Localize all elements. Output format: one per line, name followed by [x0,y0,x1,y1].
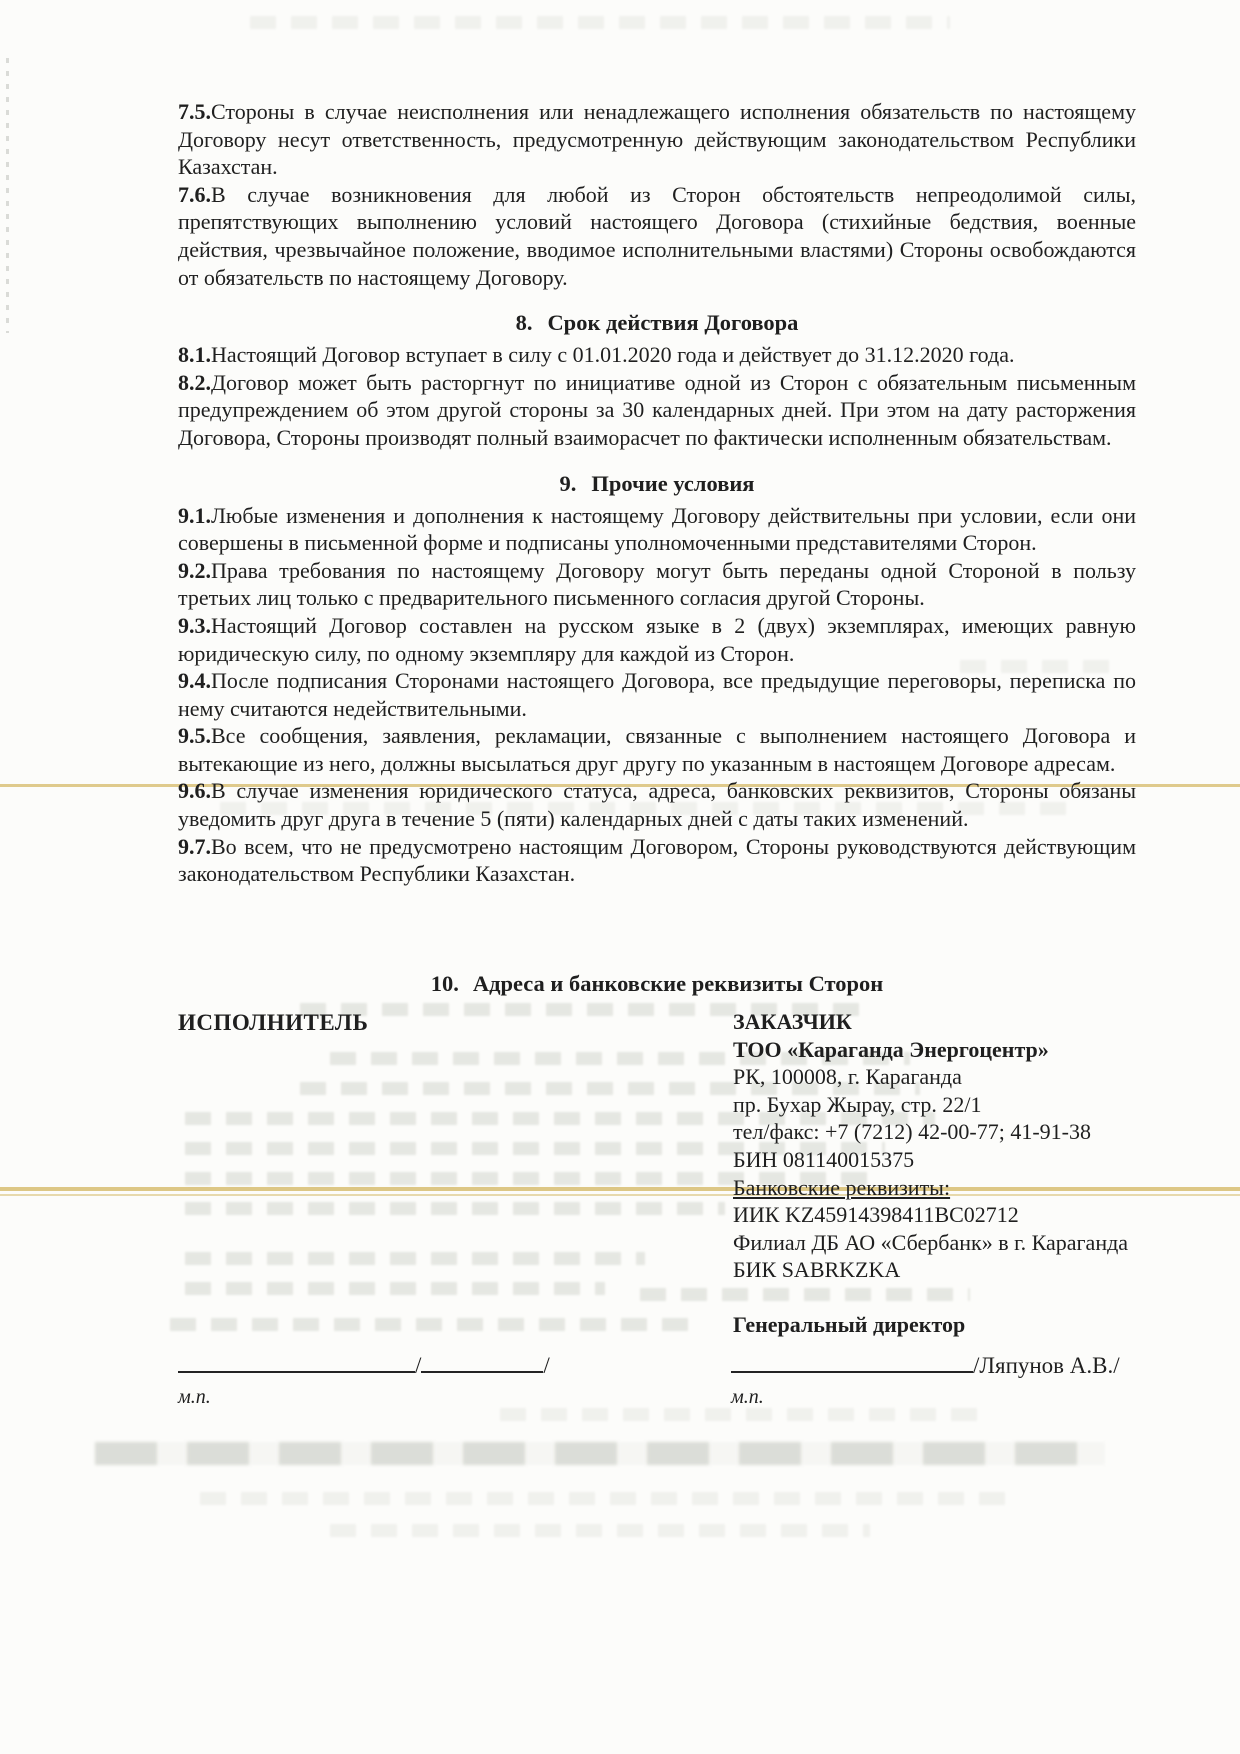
clause-text: Все сообщения, заявления, рекламации, св… [178,723,1136,776]
customer-bin: БИН 081140015375 [733,1146,1163,1174]
bleed-through-text [330,1524,870,1537]
clause-number: 8.2. [178,370,211,395]
clause-number: 7.6. [178,182,211,207]
stamp-placeholder: м.п. [178,1386,550,1409]
signature-line [178,1352,415,1373]
clause-text: Во всем, что не предусмотрено настоящим … [178,834,1136,887]
signature-line [421,1352,543,1373]
customer-address-line2: пр. Бухар Жырау, стр. 22/1 [733,1091,1163,1119]
bleed-through-text [170,1318,690,1331]
clause-number: 9.2. [178,558,211,583]
clause-9-4: 9.4.После подписания Сторонами настоящег… [178,667,1136,722]
bleed-through-text [185,1282,605,1295]
clause-text: В случае изменения юридического статуса,… [178,778,1136,831]
clause-text: В случае возникновения для любой из Стор… [178,182,1136,290]
clause-8-1: 8.1.Настоящий Договор вступает в силу с … [178,341,1136,369]
customer-phone: тел/факс: +7 (7212) 42-00-77; 41-91-38 [733,1118,1163,1146]
clause-9-1: 9.1.Любые изменения и дополнения к насто… [178,502,1136,557]
contract-body: 7.5.Стороны в случае неисполнения или не… [178,98,1136,888]
clause-number: 9.7. [178,834,211,859]
bleed-through-text [95,1442,1105,1465]
customer-company: ТОО «Караганда Энергоцентр» [733,1036,1163,1064]
customer-title: ЗАКАЗЧИК [733,1008,1163,1036]
signature-slash: / [543,1353,549,1378]
clause-number: 8.1. [178,342,211,367]
scanned-contract-page: 7.5.Стороны в случае неисполнения или не… [0,0,1240,1754]
executor-title: ИСПОЛНИТЕЛЬ [178,1010,368,1036]
section-number: 10. [431,971,459,996]
section-number: 8. [516,310,533,335]
clause-9-3: 9.3.Настоящий Договор составлен на русск… [178,612,1136,667]
director-signature-name: /Ляпунов А.В./ [973,1353,1120,1378]
section-number: 9. [560,471,577,496]
stamp-placeholder: м.п. [731,1386,1120,1409]
section-title: Прочие условия [591,471,754,496]
section-10-heading: 10.Адреса и банковские реквизиты Сторон [178,971,1136,997]
clause-number: 9.6. [178,778,211,803]
bleed-through-text [185,1202,725,1215]
bleed-through-text [185,1252,645,1265]
executor-signature-area: // м.п. [178,1352,550,1409]
clause-text: Права требования по настоящему Договору … [178,558,1136,611]
customer-block: ЗАКАЗЧИК ТОО «Караганда Энергоцентр» РК,… [733,1008,1163,1339]
clause-text: Настоящий Договор вступает в силу с 01.0… [211,342,1014,367]
customer-iik: ИИК KZ45914398411BC02712 [733,1201,1163,1229]
clause-text: Настоящий Договор составлен на русском я… [178,613,1136,666]
section-title: Адреса и банковские реквизиты Сторон [473,971,883,996]
scan-edge-artifact [6,58,9,333]
bank-requisites-header: Банковские реквизиты: [733,1174,1163,1202]
clause-number: 9.5. [178,723,211,748]
bleed-through-text [250,16,950,29]
clause-number: 9.4. [178,668,211,693]
section-title: Срок действия Договора [547,310,798,335]
bleed-through-text [500,1408,980,1421]
clause-text: Любые изменения и дополнения к настоящем… [178,503,1136,556]
customer-bank-branch: Филиал ДБ АО «Сбербанк» в г. Караганда [733,1229,1163,1257]
clause-7-6: 7.6.В случае возникновения для любой из … [178,181,1136,291]
clause-number: 7.5. [178,99,211,124]
clause-9-7: 9.7.Во всем, что не предусмотрено настоя… [178,833,1136,888]
customer-address-line1: РК, 100008, г. Караганда [733,1063,1163,1091]
section-8-heading: 8.Срок действия Договора [178,309,1136,337]
clause-8-2: 8.2.Договор может быть расторгнут по ини… [178,369,1136,452]
signature-line [731,1352,973,1373]
clause-text: Стороны в случае неисполнения или ненадл… [178,99,1136,179]
section-9-heading: 9.Прочие условия [178,470,1136,498]
clause-number: 9.1. [178,503,211,528]
clause-7-5: 7.5.Стороны в случае неисполнения или не… [178,98,1136,181]
clause-9-6: 9.6.В случае изменения юридического стат… [178,777,1136,832]
clause-text: Договор может быть расторгнут по инициат… [178,370,1136,450]
customer-signature-area: /Ляпунов А.В./ м.п. [731,1352,1120,1409]
clause-text: После подписания Сторонами настоящего До… [178,668,1136,721]
director-title: Генеральный директор [733,1311,1163,1339]
clause-9-2: 9.2.Права требования по настоящему Догов… [178,557,1136,612]
bleed-through-text [200,1492,1020,1505]
clause-9-5: 9.5.Все сообщения, заявления, рекламации… [178,722,1136,777]
customer-bik: БИК SABRKZKA [733,1256,1163,1284]
clause-number: 9.3. [178,613,211,638]
